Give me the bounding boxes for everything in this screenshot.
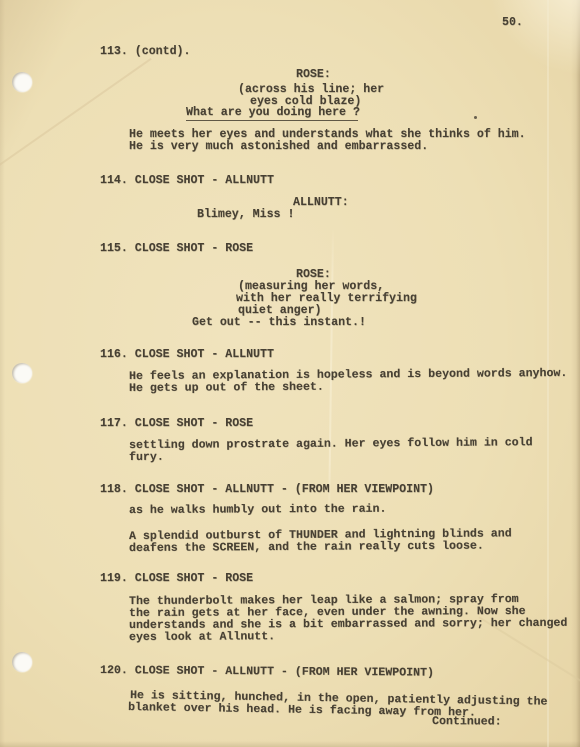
action-line: fury. — [129, 452, 164, 464]
scene-heading: 118. CLOSE SHOT - ALLNUTT - (FROM HER VI… — [100, 484, 434, 496]
script-page: 50. 113. (contd). ROSE: (across his line… — [0, 0, 580, 747]
dialogue-character: ALLNUTT: — [293, 197, 349, 209]
dialogue-character: ROSE: — [296, 69, 331, 81]
action-line: eyes look at Allnutt. — [129, 631, 275, 644]
scene-heading: 113. (contd). — [100, 46, 190, 58]
dialogue-line: Blimey, Miss ! — [197, 209, 294, 221]
scene-heading: 120. CLOSE SHOT - ALLNUTT - (FROM HER VI… — [100, 665, 434, 680]
punch-hole — [12, 652, 32, 672]
scene-heading: 114. CLOSE SHOT - ALLNUTT — [100, 175, 274, 187]
punch-hole — [12, 363, 32, 383]
action-line: deafens the SCREEN, and the rain really … — [129, 541, 484, 556]
action-line: as he walks humbly out into the rain. — [129, 504, 386, 518]
action-line: settling down prostrate again. Her eyes … — [129, 437, 533, 452]
action-line: He gets up out of the sheet. — [129, 382, 324, 396]
stray-ink-dot — [474, 116, 477, 119]
dialogue-line: Get out -- this instant.! — [192, 317, 366, 329]
scene-heading: 115. CLOSE SHOT - ROSE — [100, 243, 253, 255]
scene-heading: 117. CLOSE SHOT - ROSE — [100, 418, 253, 430]
scene-heading: 119. CLOSE SHOT - ROSE — [100, 573, 253, 585]
page-number: 50. — [502, 17, 523, 29]
dialogue-underline — [186, 120, 358, 121]
scene-heading: 116. CLOSE SHOT - ALLNUTT — [100, 349, 274, 361]
dialogue-line: What are you doing here ? — [186, 107, 360, 119]
punch-hole — [12, 72, 32, 92]
action-line: He is very much astonished and embarrass… — [129, 141, 428, 153]
continued-label: Continued: — [432, 716, 502, 729]
